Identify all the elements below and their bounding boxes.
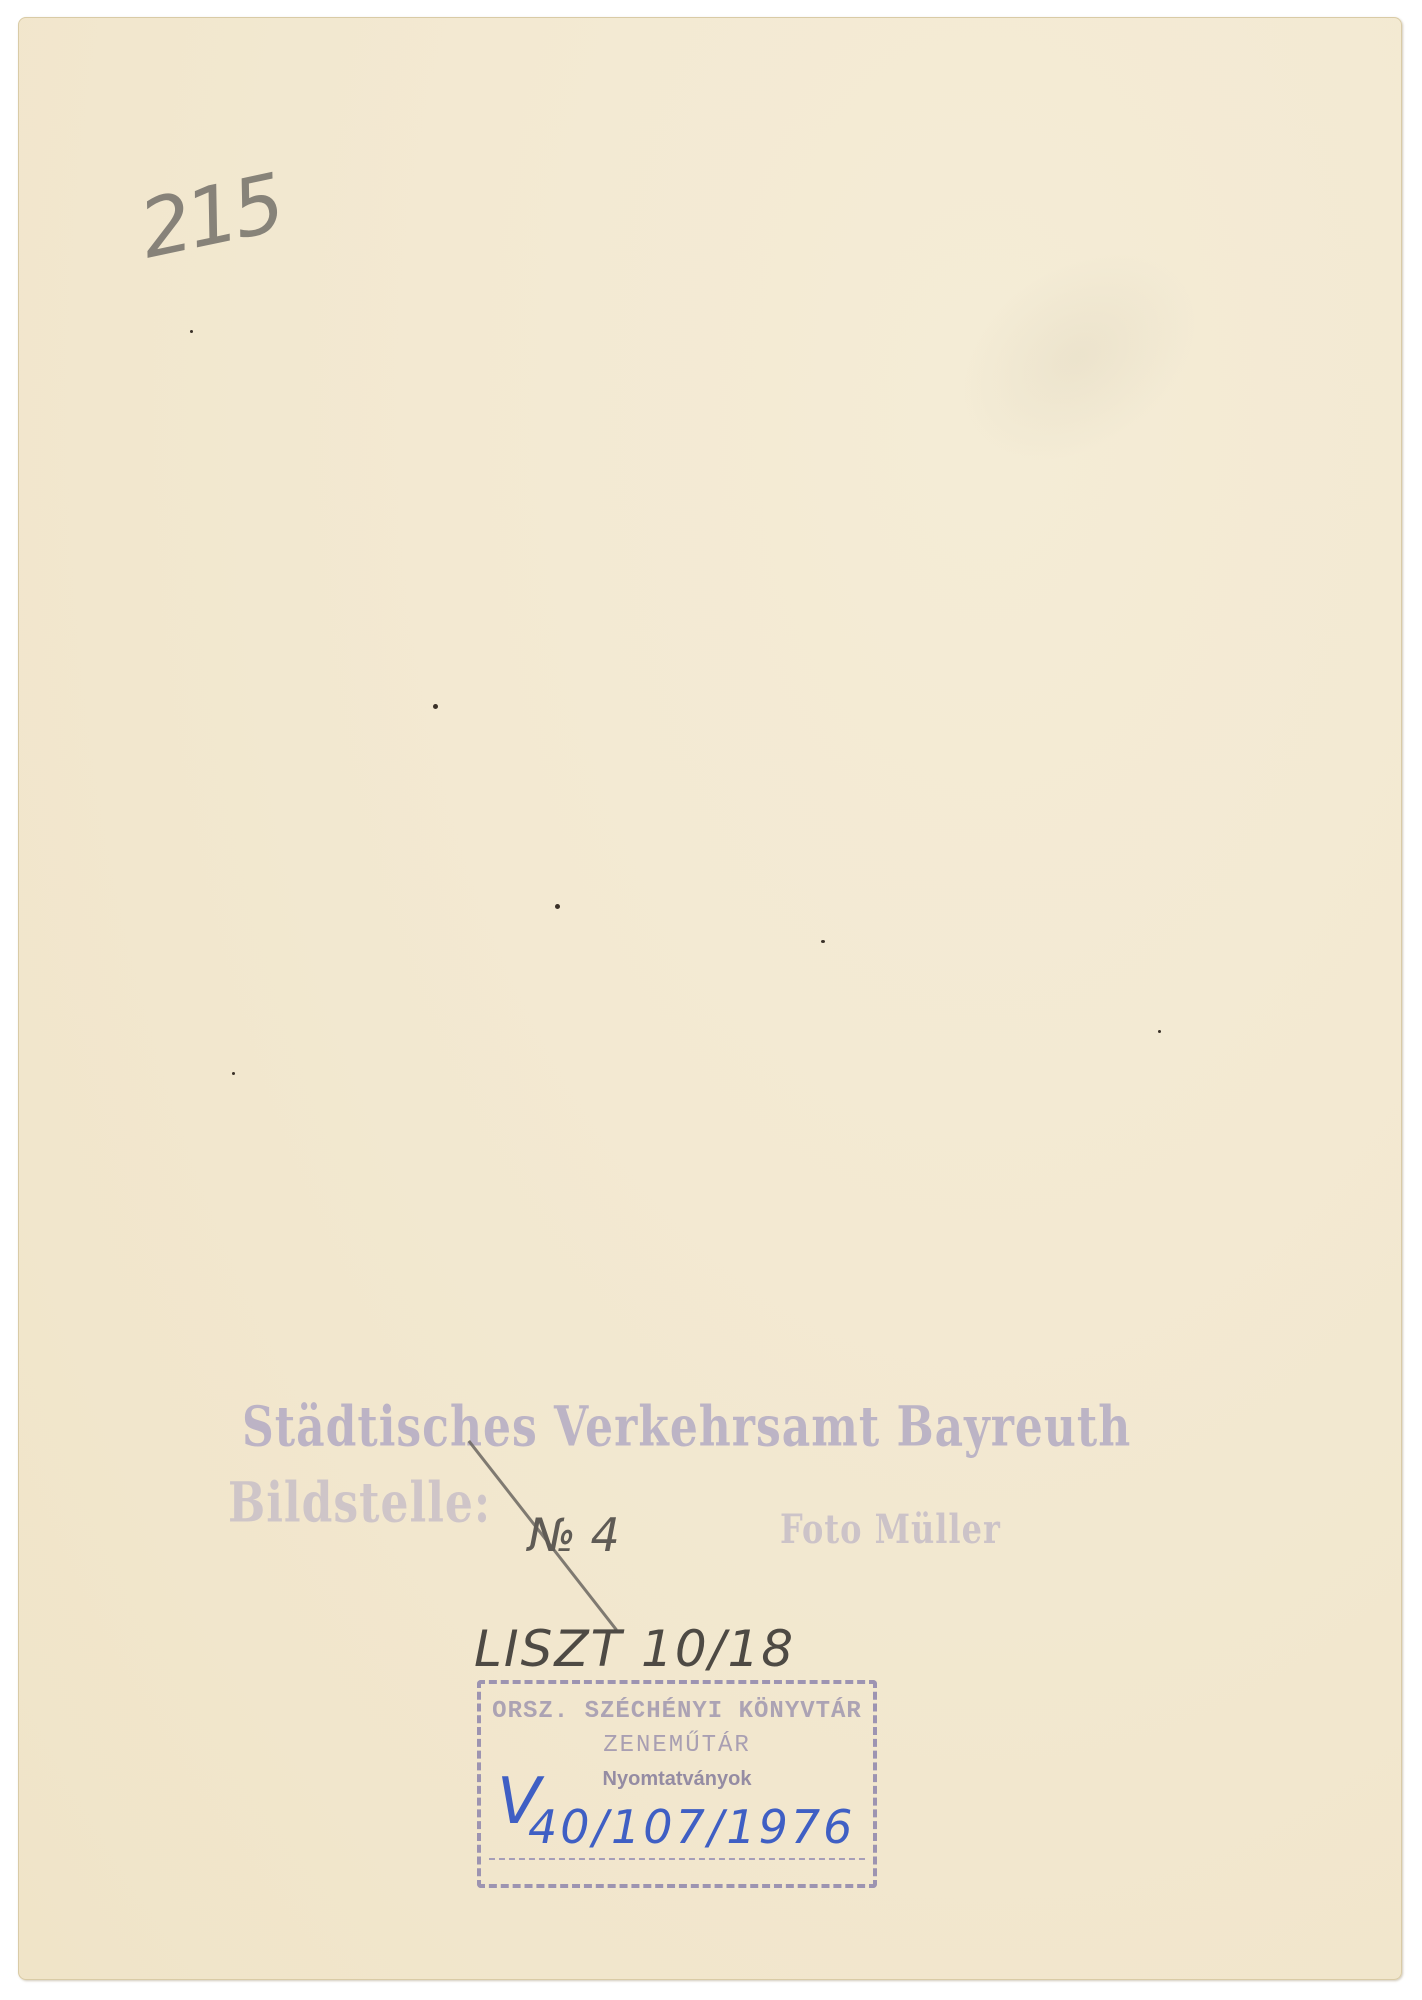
publisher-stamp-line2: Bildstelle: (228, 1472, 491, 1536)
paper-stain (920, 209, 1236, 506)
dust-speck (433, 704, 438, 709)
stamp-dash-line (489, 1858, 865, 1860)
dust-speck (821, 940, 825, 943)
publisher-stamp-credit: Foto Müller (780, 1505, 1001, 1553)
pencil-number-annotation: № 4 (528, 1508, 620, 1562)
dust-speck (555, 904, 560, 909)
accession-number: 40/107/1976 (528, 1800, 855, 1854)
library-stamp-line2: ZENEMŰTÁR (481, 1732, 873, 1759)
publisher-stamp-line1: Städtisches Verkehrsamt Bayreuth (242, 1396, 1131, 1460)
dust-speck (190, 330, 193, 333)
dust-speck (1158, 1030, 1161, 1033)
dust-speck (232, 1072, 235, 1075)
library-stamp-line1: ORSZ. SZÉCHÉNYI KÖNYVTÁR (481, 1698, 873, 1725)
pencil-liszt-annotation: LISZT 10/18 (474, 1620, 795, 1678)
